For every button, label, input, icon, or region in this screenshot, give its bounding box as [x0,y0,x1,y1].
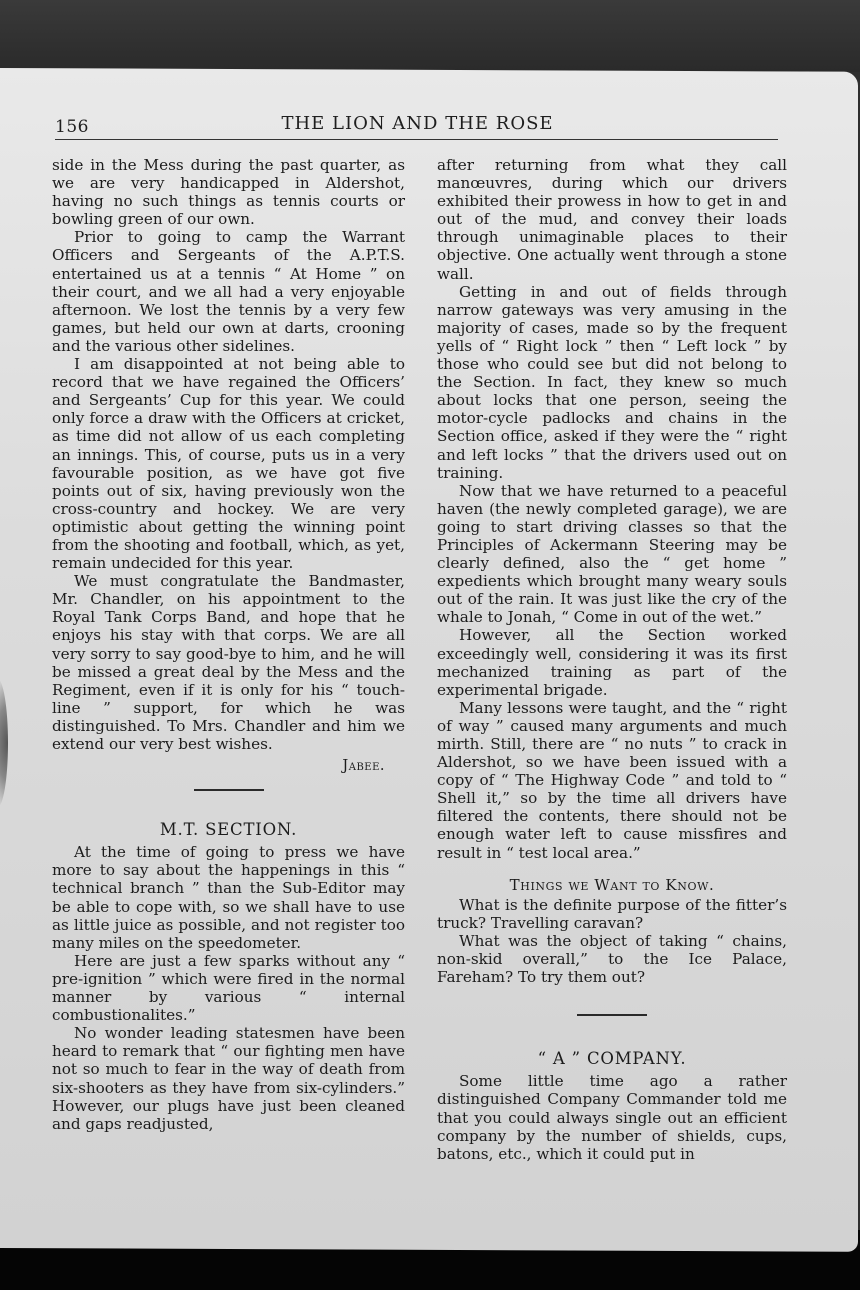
paragraph: What was the object of taking “ chains, … [437,932,787,986]
paragraph: after returning from what they call manœ… [437,156,787,283]
paragraph: We must congratulate the Bandmaster, Mr.… [52,572,405,753]
paragraph: No wonder leading statesmen have been he… [52,1024,405,1133]
paragraph: Now that we have returned to a peaceful … [437,482,787,627]
paragraph: Many lessons were taught, and the “ righ… [437,699,787,862]
paragraph: I am disappointed at not being able to r… [52,355,405,572]
paragraph: At the time of going to press we have mo… [52,843,405,952]
paragraph: Here are just a few sparks without any “… [52,952,405,1024]
paragraph: side in the Mess during the past quarter… [52,156,405,228]
section-divider [577,1014,647,1016]
subheading-things-we-want-to-know: Things we Want to Know. [437,876,787,894]
right-column: after returning from what they call manœ… [437,156,787,1163]
left-column: side in the Mess during the past quarter… [52,156,405,1133]
paragraph: What is the definite purpose of the fitt… [437,896,787,932]
paragraph: Getting in and out of fields through nar… [437,283,787,482]
paragraph: Prior to going to camp the Warrant Offic… [52,228,405,355]
binding-shadow [0,678,8,808]
paragraph: Some little time ago a rather distinguis… [437,1072,787,1162]
header-rule [55,139,778,140]
section-heading-mt-section: M.T. SECTION. [52,821,405,839]
signature: Jabee. [52,757,385,775]
journal-title: THE LION AND THE ROSE [55,113,780,134]
paragraph: However, all the Section worked exceedin… [437,626,787,698]
dark-background-top [0,0,860,72]
running-header: 156 THE LION AND THE ROSE [55,113,780,141]
section-heading-a-company: “ A ” COMPANY. [437,1050,787,1068]
section-divider [194,789,264,791]
